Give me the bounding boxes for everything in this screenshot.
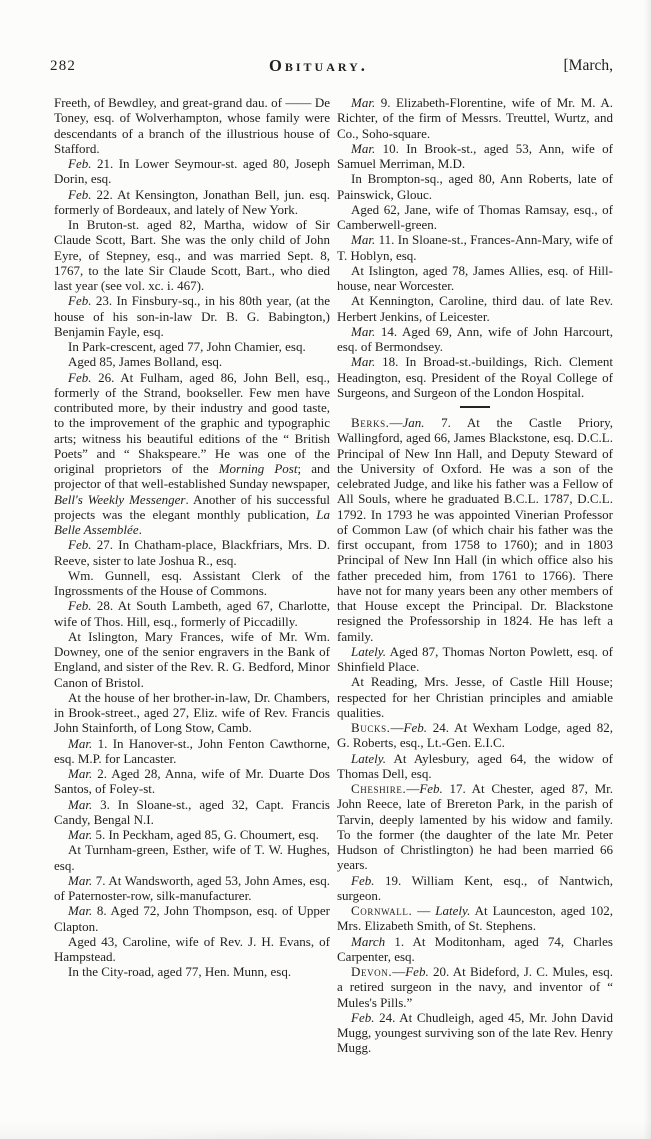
obituary-entry: Aged 43, Caroline, wife of Rev. J. H. Ev…: [54, 934, 330, 965]
obituary-entry: At Kennington, Caroline, third dau. of l…: [337, 293, 613, 324]
obituary-entry: Mar. 14. Aged 69, Ann, wife of John Harc…: [337, 324, 613, 355]
obituary-entry: Aged 62, Jane, wife of Thomas Ramsay, es…: [337, 202, 613, 233]
obituary-entry: At Turnham-green, Esther, wife of T. W. …: [54, 842, 330, 873]
obituary-entry: Devon.—Feb. 20. At Bideford, J. C. Mules…: [337, 964, 613, 1010]
obituary-entry: In Bruton-st. aged 82, Martha, widow of …: [54, 217, 330, 293]
obituary-entry: Freeth, of Bewdley, and great-grand dau.…: [54, 95, 330, 156]
obituary-entry: Wm. Gunnell, esq. Assistant Clerk of the…: [54, 568, 330, 599]
obituary-entry: Mar. 8. Aged 72, John Thompson, esq. of …: [54, 903, 330, 934]
obituary-entry: Feb. 21. In Lower Seymour-st. aged 80, J…: [54, 156, 330, 187]
obituary-entry: Feb. 28. At South Lambeth, aged 67, Char…: [54, 598, 330, 629]
obituary-entry: At Islington, Mary Frances, wife of Mr. …: [54, 629, 330, 690]
obituary-entry: Cornwall. — Lately. At Launceston, aged …: [337, 903, 613, 934]
obituary-entry: At Islington, aged 78, James Allies, esq…: [337, 263, 613, 294]
page-title: Obituary.: [50, 56, 587, 76]
obituary-entry: Feb. 24. At Chudleigh, aged 45, Mr. John…: [337, 1010, 613, 1056]
obituary-entry: Feb. 19. William Kent, esq., of Nantwich…: [337, 873, 613, 904]
obituary-entry: Feb. 23. In Finsbury-sq., in his 80th ye…: [54, 293, 330, 339]
obituary-entry: Feb. 26. At Fulham, aged 86, John Bell, …: [54, 370, 330, 538]
obituary-entry: Mar. 10. In Brook-st., aged 53, Ann, wif…: [337, 141, 613, 172]
obituary-entry: Cheshire.—Feb. 17. At Chester, aged 87, …: [337, 781, 613, 873]
obituary-entry: At Reading, Mrs. Jesse, of Castle Hill H…: [337, 674, 613, 720]
scanned-page: 282 Obituary. [March, Freeth, of Bewdley…: [0, 0, 651, 1139]
obituary-entry: In the City-road, aged 77, Hen. Munn, es…: [54, 964, 330, 979]
obituary-entry: Bucks.—Feb. 24. At Wexham Lodge, aged 82…: [337, 720, 613, 751]
obituary-entry: March 1. At Moditonham, aged 74, Charles…: [337, 934, 613, 965]
obituary-entry: Mar. 5. In Peckham, aged 85, G. Choumert…: [54, 827, 330, 842]
obituary-entry: Mar. 2. Aged 28, Anna, wife of Mr. Duart…: [54, 766, 330, 797]
obituary-entry: Mar. 9. Elizabeth-Florentine, wife of Mr…: [337, 95, 613, 141]
obituary-entry: Mar. 1. In Hanover-st., John Fenton Cawt…: [54, 736, 330, 767]
page-date: [March,: [564, 57, 614, 75]
obituary-entry: At the house of her brother-in-law, Dr. …: [54, 690, 330, 736]
obituary-entry: Feb. 22. At Kensington, Jonathan Bell, j…: [54, 187, 330, 218]
left-column: Freeth, of Bewdley, and great-grand dau.…: [54, 95, 330, 1056]
obituary-entry: In Park-crescent, aged 77, John Chamier,…: [54, 339, 330, 354]
obituary-entry: In Brompton-sq., aged 80, Ann Roberts, l…: [337, 171, 613, 202]
page-header: 282 Obituary. [March,: [50, 56, 613, 78]
obituary-entry: Mar. 11. In Sloane-st., Frances-Ann-Mary…: [337, 232, 613, 263]
right-column: Mar. 9. Elizabeth-Florentine, wife of Mr…: [337, 95, 613, 1056]
obituary-entry: Feb. 27. In Chatham-place, Blackfriars, …: [54, 537, 330, 568]
obituary-entry: Lately. Aged 87, Thomas Norton Powlett, …: [337, 644, 613, 675]
obituary-entry: Lately. At Aylesbury, aged 64, the widow…: [337, 751, 613, 782]
section-divider: [460, 406, 490, 408]
text-columns: Freeth, of Bewdley, and great-grand dau.…: [54, 95, 613, 1056]
obituary-entry: Mar. 7. At Wandsworth, aged 53, John Ame…: [54, 873, 330, 904]
obituary-entry: Mar. 18. In Broad-st.-buildings, Rich. C…: [337, 354, 613, 400]
obituary-entry: Berks.—Jan. 7. At the Castle Priory, Wal…: [337, 415, 613, 644]
obituary-entry: Mar. 3. In Sloane-st., aged 32, Capt. Fr…: [54, 797, 330, 828]
obituary-entry: Aged 85, James Bolland, esq.: [54, 354, 330, 369]
